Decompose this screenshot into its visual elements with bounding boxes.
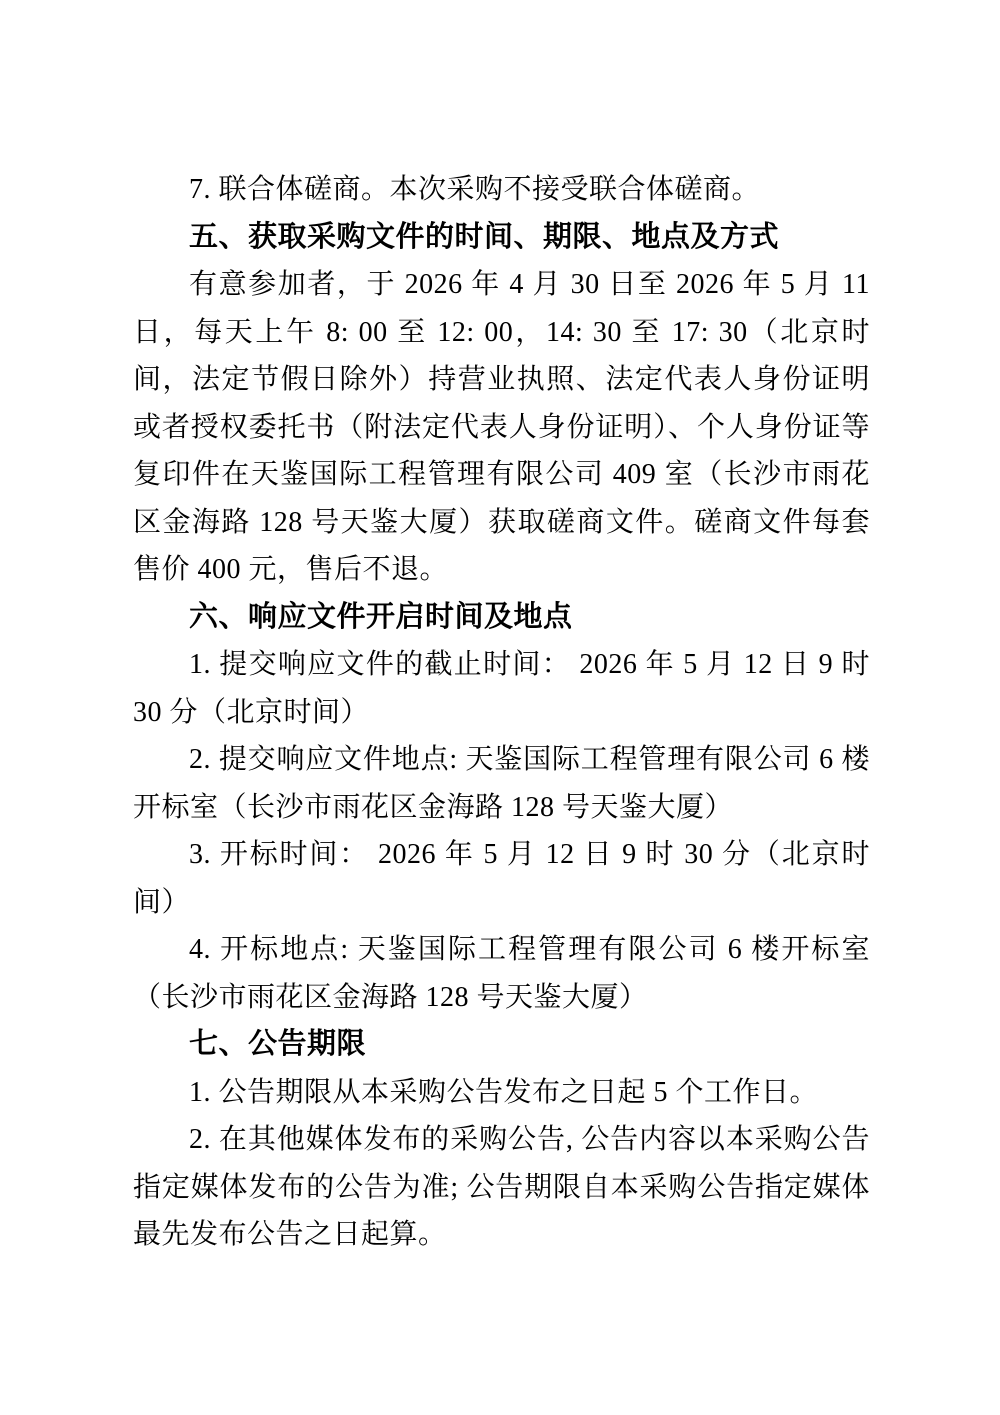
paragraph-obtain-documents-details: 有意参加者，于 2026 年 4 月 30 日至 2026 年 5 月 11 日… — [133, 261, 870, 594]
paragraph-joint-consultation: 7. 联合体磋商。本次采购不接受联合体磋商。 — [133, 166, 870, 214]
paragraph-submission-deadline: 1. 提交响应文件的截止时间： 2026 年 5 月 12 日 9 时 30 分… — [133, 641, 870, 736]
section-heading-7-announcement-period: 七、公告期限 — [133, 1021, 870, 1069]
paragraph-other-media-announcement: 2. 在其他媒体发布的采购公告, 公告内容以本采购公告指定媒体发布的公告为准; … — [133, 1116, 870, 1259]
document-page: 7. 联合体磋商。本次采购不接受联合体磋商。 五、获取采购文件的时间、期限、地点… — [0, 0, 1000, 1415]
section-heading-6-response-opening: 六、响应文件开启时间及地点 — [133, 594, 870, 642]
section-heading-5-obtain-documents: 五、获取采购文件的时间、期限、地点及方式 — [133, 214, 870, 262]
paragraph-announcement-period: 1. 公告期限从本采购公告发布之日起 5 个工作日。 — [133, 1069, 870, 1117]
paragraph-bid-opening-location: 4. 开标地点: 天鉴国际工程管理有限公司 6 楼开标室（长沙市雨花区金海路 1… — [133, 926, 870, 1021]
paragraph-submission-location: 2. 提交响应文件地点: 天鉴国际工程管理有限公司 6 楼开标室（长沙市雨花区金… — [133, 736, 870, 831]
paragraph-bid-opening-time: 3. 开标时间： 2026 年 5 月 12 日 9 时 30 分（北京时间） — [133, 831, 870, 926]
